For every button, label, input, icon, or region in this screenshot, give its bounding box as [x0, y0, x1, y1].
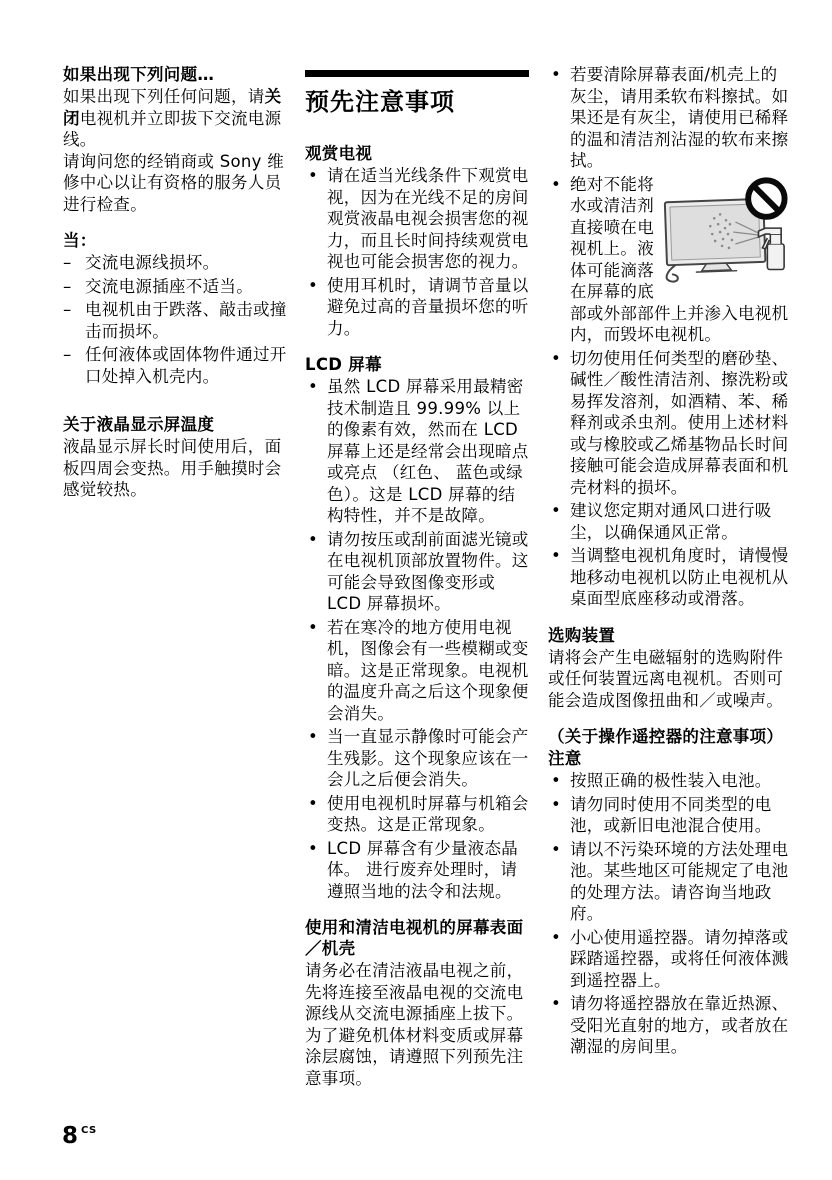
list-item: •请以不污染环境的方法处理电池。某些地区可能规定了电池的处理方法。请咨询当地政府… [548, 839, 791, 925]
bullet-marker: • [551, 927, 561, 949]
paragraph-problems-2: 请询问您的经销商或 Sony 维修中心以让有资格的服务人员进行检查。 [63, 151, 293, 216]
bullet-marker: • [308, 165, 318, 187]
bullet-marker: • [551, 794, 561, 816]
heading-optional-equipment: 选购装置 [548, 625, 791, 646]
list-item: –交流电源插座不适当。 [63, 276, 293, 298]
bullet-marker: • [551, 545, 561, 567]
middle-column: 预先注意事项 观赏电视 •请在适当光线条件下观赏电视，因为在光线不足的房间观赏液… [305, 70, 529, 1089]
list-item: •请勿按压或刮前面滤光镜或在电视机顶部放置物件。这可能会导致图像变形或 LCD … [305, 529, 529, 615]
list-item-text: 建议您定期对通风口进行吸尘，以确保通风正常。 [570, 501, 772, 542]
list-item: •请勿同时使用不同类型的电池，或新旧电池混合使用。 [548, 794, 791, 837]
list-item-text: 请勿同时使用不同类型的电池，或新旧电池混合使用。 [570, 795, 772, 836]
list-item: –任何液体或固体物件通过开口处掉入机壳内。 [63, 344, 293, 387]
language-code: CS [81, 1125, 97, 1136]
text-run: 电视机并立即拔下交流电源线。 [63, 109, 281, 150]
list-item: •使用电视机时屏幕与机箱会变热。这是正常现象。 [305, 793, 529, 836]
section-if-problems: 如果出现下列问题… 如果出现下列任何问题，请关闭电视机并立即拔下交流电源线。 请… [63, 64, 293, 387]
lcd-list: •虽然 LCD 屏幕采用最精密技术制造且 99.99% 以上的像素有效，然而在 … [305, 376, 529, 902]
paragraph-cleaning-2: 为了避免机体材料变质或屏幕涂层腐蚀，请遵照下列预先注意事项。 [305, 1025, 529, 1090]
section-panel-temperature: 关于液晶显示屏温度 液晶显示屏长时间使用后，面板四周会变热。用手触摸时会感觉较热… [63, 414, 293, 501]
list-item: •使用耳机时，请调节音量以避免过高的音量损坏您的听力。 [305, 275, 529, 340]
heading-cleaning: 使用和清洁电视机的屏幕表面／机壳 [305, 917, 529, 959]
list-item-text: 请勿按压或刮前面滤光镜或在电视机顶部放置物件。这可能会导致图像变形或 LCD 屏… [327, 530, 529, 614]
list-item-text: 若在寒冷的地方使用电视机，图像会有一些模糊或变暗。这是正常现象。电视机的温度升高… [327, 618, 529, 723]
list-item: •LCD 屏幕含有少量液态晶体。 进行废弃处理时，请遵照当地的法令和法规。 [305, 838, 529, 903]
list-item-text: 切勿使用任何类型的磨砂垫、碱性／酸性清洁剂、擦洗粉或易挥发溶剂，如酒精、苯、稀释… [570, 349, 788, 497]
heading-remote-notes: （关于操作遥控器的注意事项） [548, 726, 791, 747]
bullet-marker: • [308, 617, 318, 639]
list-item: •当一直显示静像时可能会产生残影。这个现象应该在一会儿之后便会消失。 [305, 726, 529, 791]
bullet-marker: • [551, 500, 561, 522]
manual-page: 如果出现下列问题… 如果出现下列任何问题，请关闭电视机并立即拔下交流电源线。 请… [0, 0, 832, 1180]
bullet-marker: • [551, 348, 561, 370]
dash-marker: – [63, 344, 72, 366]
list-item: •虽然 LCD 屏幕采用最精密技术制造且 99.99% 以上的像素有效，然而在 … [305, 376, 529, 527]
list-item-text: 电视机由于跌落、敲击或撞击而损坏。 [85, 300, 287, 341]
list-item: • [548, 174, 791, 346]
bullet-marker: • [308, 726, 318, 748]
list-item: •建议您定期对通风口进行吸尘，以确保通风正常。 [548, 500, 791, 543]
list-item-text: 若要清除屏幕表面/机壳上的灰尘，请用柔软布料擦拭。如果还是有灰尘，请使用已稀释的… [570, 65, 788, 170]
list-item: •若在寒冷的地方使用电视机，图像会有一些模糊或变暗。这是正常现象。电视机的温度升… [305, 617, 529, 725]
watching-list: •请在适当光线条件下观赏电视，因为在光线不足的房间观赏液晶电视会损害您的视力，而… [305, 165, 529, 339]
bullet-marker: • [308, 529, 318, 551]
prohibition-icon [748, 180, 784, 216]
text-run: 如果出现下列任何问题，请 [63, 87, 265, 106]
paragraph-optional-equipment: 请将会产生电磁辐射的选购附件或任何装置远离电视机。否则可能会造成图像扭曲和／或噪… [548, 647, 791, 712]
list-item-text: 任何液体或固体物件通过开口处掉入机壳内。 [85, 345, 287, 386]
page-title: 预先注意事项 [305, 87, 529, 117]
list-item-text: 小心使用遥控器。请勿掉落或踩踏遥控器，或将任何液体溅到遥控器上。 [570, 928, 788, 990]
bullet-marker: • [308, 275, 318, 297]
page-number: 8 [62, 1123, 78, 1149]
bullet-marker: • [551, 770, 561, 792]
remote-notes-list: •按照正确的极性装入电池。 •请勿同时使用不同类型的电池，或新旧电池混合使用。 … [548, 770, 791, 1058]
list-item: •切勿使用任何类型的磨砂垫、碱性／酸性清洁剂、擦洗粉或易挥发溶剂，如酒精、苯、稀… [548, 348, 791, 499]
list-item: •当调整电视机角度时，请慢慢地移动电视机以防止电视机从桌面型底座移动或滑落。 [548, 545, 791, 610]
bullet-marker: • [308, 838, 318, 860]
heading-if-problems: 如果出现下列问题… [63, 64, 293, 85]
bullet-marker: • [551, 993, 561, 1015]
paragraph-problems-1: 如果出现下列任何问题，请关闭电视机并立即拔下交流电源线。 [63, 86, 293, 151]
left-column: 如果出现下列问题… 如果出现下列任何问题，请关闭电视机并立即拔下交流电源线。 请… [63, 64, 293, 501]
heading-panel-temperature: 关于液晶显示屏温度 [63, 414, 293, 435]
list-item: •若要清除屏幕表面/机壳上的灰尘，请用柔软布料擦拭。如果还是有灰尘，请使用已稀释… [548, 64, 791, 172]
cleaning-precautions-list: •若要清除屏幕表面/机壳上的灰尘，请用柔软布料擦拭。如果还是有灰尘，请使用已稀释… [548, 64, 791, 610]
list-item-text: 使用耳机时，请调节音量以避免过高的音量损坏您的听力。 [327, 276, 529, 338]
list-item-text: 交流电源线损坏。 [85, 253, 219, 272]
paragraph-cleaning-1: 请务必在清洁液晶电视之前， 先将连接至液晶电视的交流电源线从交流电源插座上拔下。 [305, 960, 529, 1025]
list-item-text: 交流电源插座不适当。 [85, 277, 253, 296]
list-item-text: 请勿将遥控器放在靠近热源、受阳光直射的地方，或者放在潮湿的房间里。 [570, 994, 788, 1056]
no-spray-on-tv-illustration [663, 176, 791, 298]
list-item: •请在适当光线条件下观赏电视，因为在光线不足的房间观赏液晶电视会损害您的视力，而… [305, 165, 529, 273]
list-item: •按照正确的极性装入电池。 [548, 770, 791, 792]
list-item-text: 使用电视机时屏幕与机箱会变热。这是正常现象。 [327, 794, 529, 835]
dash-marker: – [63, 299, 72, 321]
right-column: •若要清除屏幕表面/机壳上的灰尘，请用柔软布料擦拭。如果还是有灰尘，请使用已稀释… [548, 64, 791, 1060]
bullet-marker: • [551, 839, 561, 861]
bullet-marker: • [308, 376, 318, 398]
list-item: •请勿将遥控器放在靠近热源、受阳光直射的地方，或者放在潮湿的房间里。 [548, 993, 791, 1058]
list-item: •小心使用遥控器。请勿掉落或踩踏遥控器，或将任何液体溅到遥控器上。 [548, 927, 791, 992]
when-list: –交流电源线损坏。 –交流电源插座不适当。 –电视机由于跌落、敲击或撞击而损坏。… [63, 252, 293, 387]
paragraph-panel-temperature: 液晶显示屏长时间使用后，面板四周会变热。用手触摸时会感觉较热。 [63, 436, 293, 501]
list-item-text: 虽然 LCD 屏幕采用最精密技术制造且 99.99% 以上的像素有效，然而在 L… [327, 377, 529, 525]
section-divider-bar [305, 70, 529, 77]
list-item-text: 请在适当光线条件下观赏电视，因为在光线不足的房间观赏液晶电视会损害您的视力，而且… [327, 166, 529, 271]
list-item-text: 当一直显示静像时可能会产生残影。这个现象应该在一会儿之后便会消失。 [327, 727, 529, 789]
heading-when: 当： [63, 230, 293, 251]
bullet-marker: • [551, 174, 561, 196]
list-item-text: LCD 屏幕含有少量液态晶体。 进行废弃处理时，请遵照当地的法令和法规。 [327, 839, 518, 901]
list-item: –交流电源线损坏。 [63, 252, 293, 274]
cable-icon [667, 265, 678, 281]
heading-watching-tv: 观赏电视 [305, 143, 529, 164]
heading-note: 注意 [548, 748, 791, 769]
page-footer: 8CS [62, 1120, 97, 1149]
list-item-text: 当调整电视机角度时，请慢慢地移动电视机以防止电视机从桌面型底座移动或滑落。 [570, 546, 788, 608]
dash-marker: – [63, 276, 72, 298]
heading-lcd-screen: LCD 屏幕 [305, 354, 529, 375]
list-item-text: 按照正确的极性装入电池。 [570, 771, 772, 790]
list-item: –电视机由于跌落、敲击或撞击而损坏。 [63, 299, 293, 342]
bullet-marker: • [551, 64, 561, 86]
dash-marker: – [63, 252, 72, 274]
bullet-marker: • [308, 793, 318, 815]
list-item-text: 请以不污染环境的方法处理电池。某些地区可能规定了电池的处理方法。请咨询当地政府。 [570, 840, 788, 924]
